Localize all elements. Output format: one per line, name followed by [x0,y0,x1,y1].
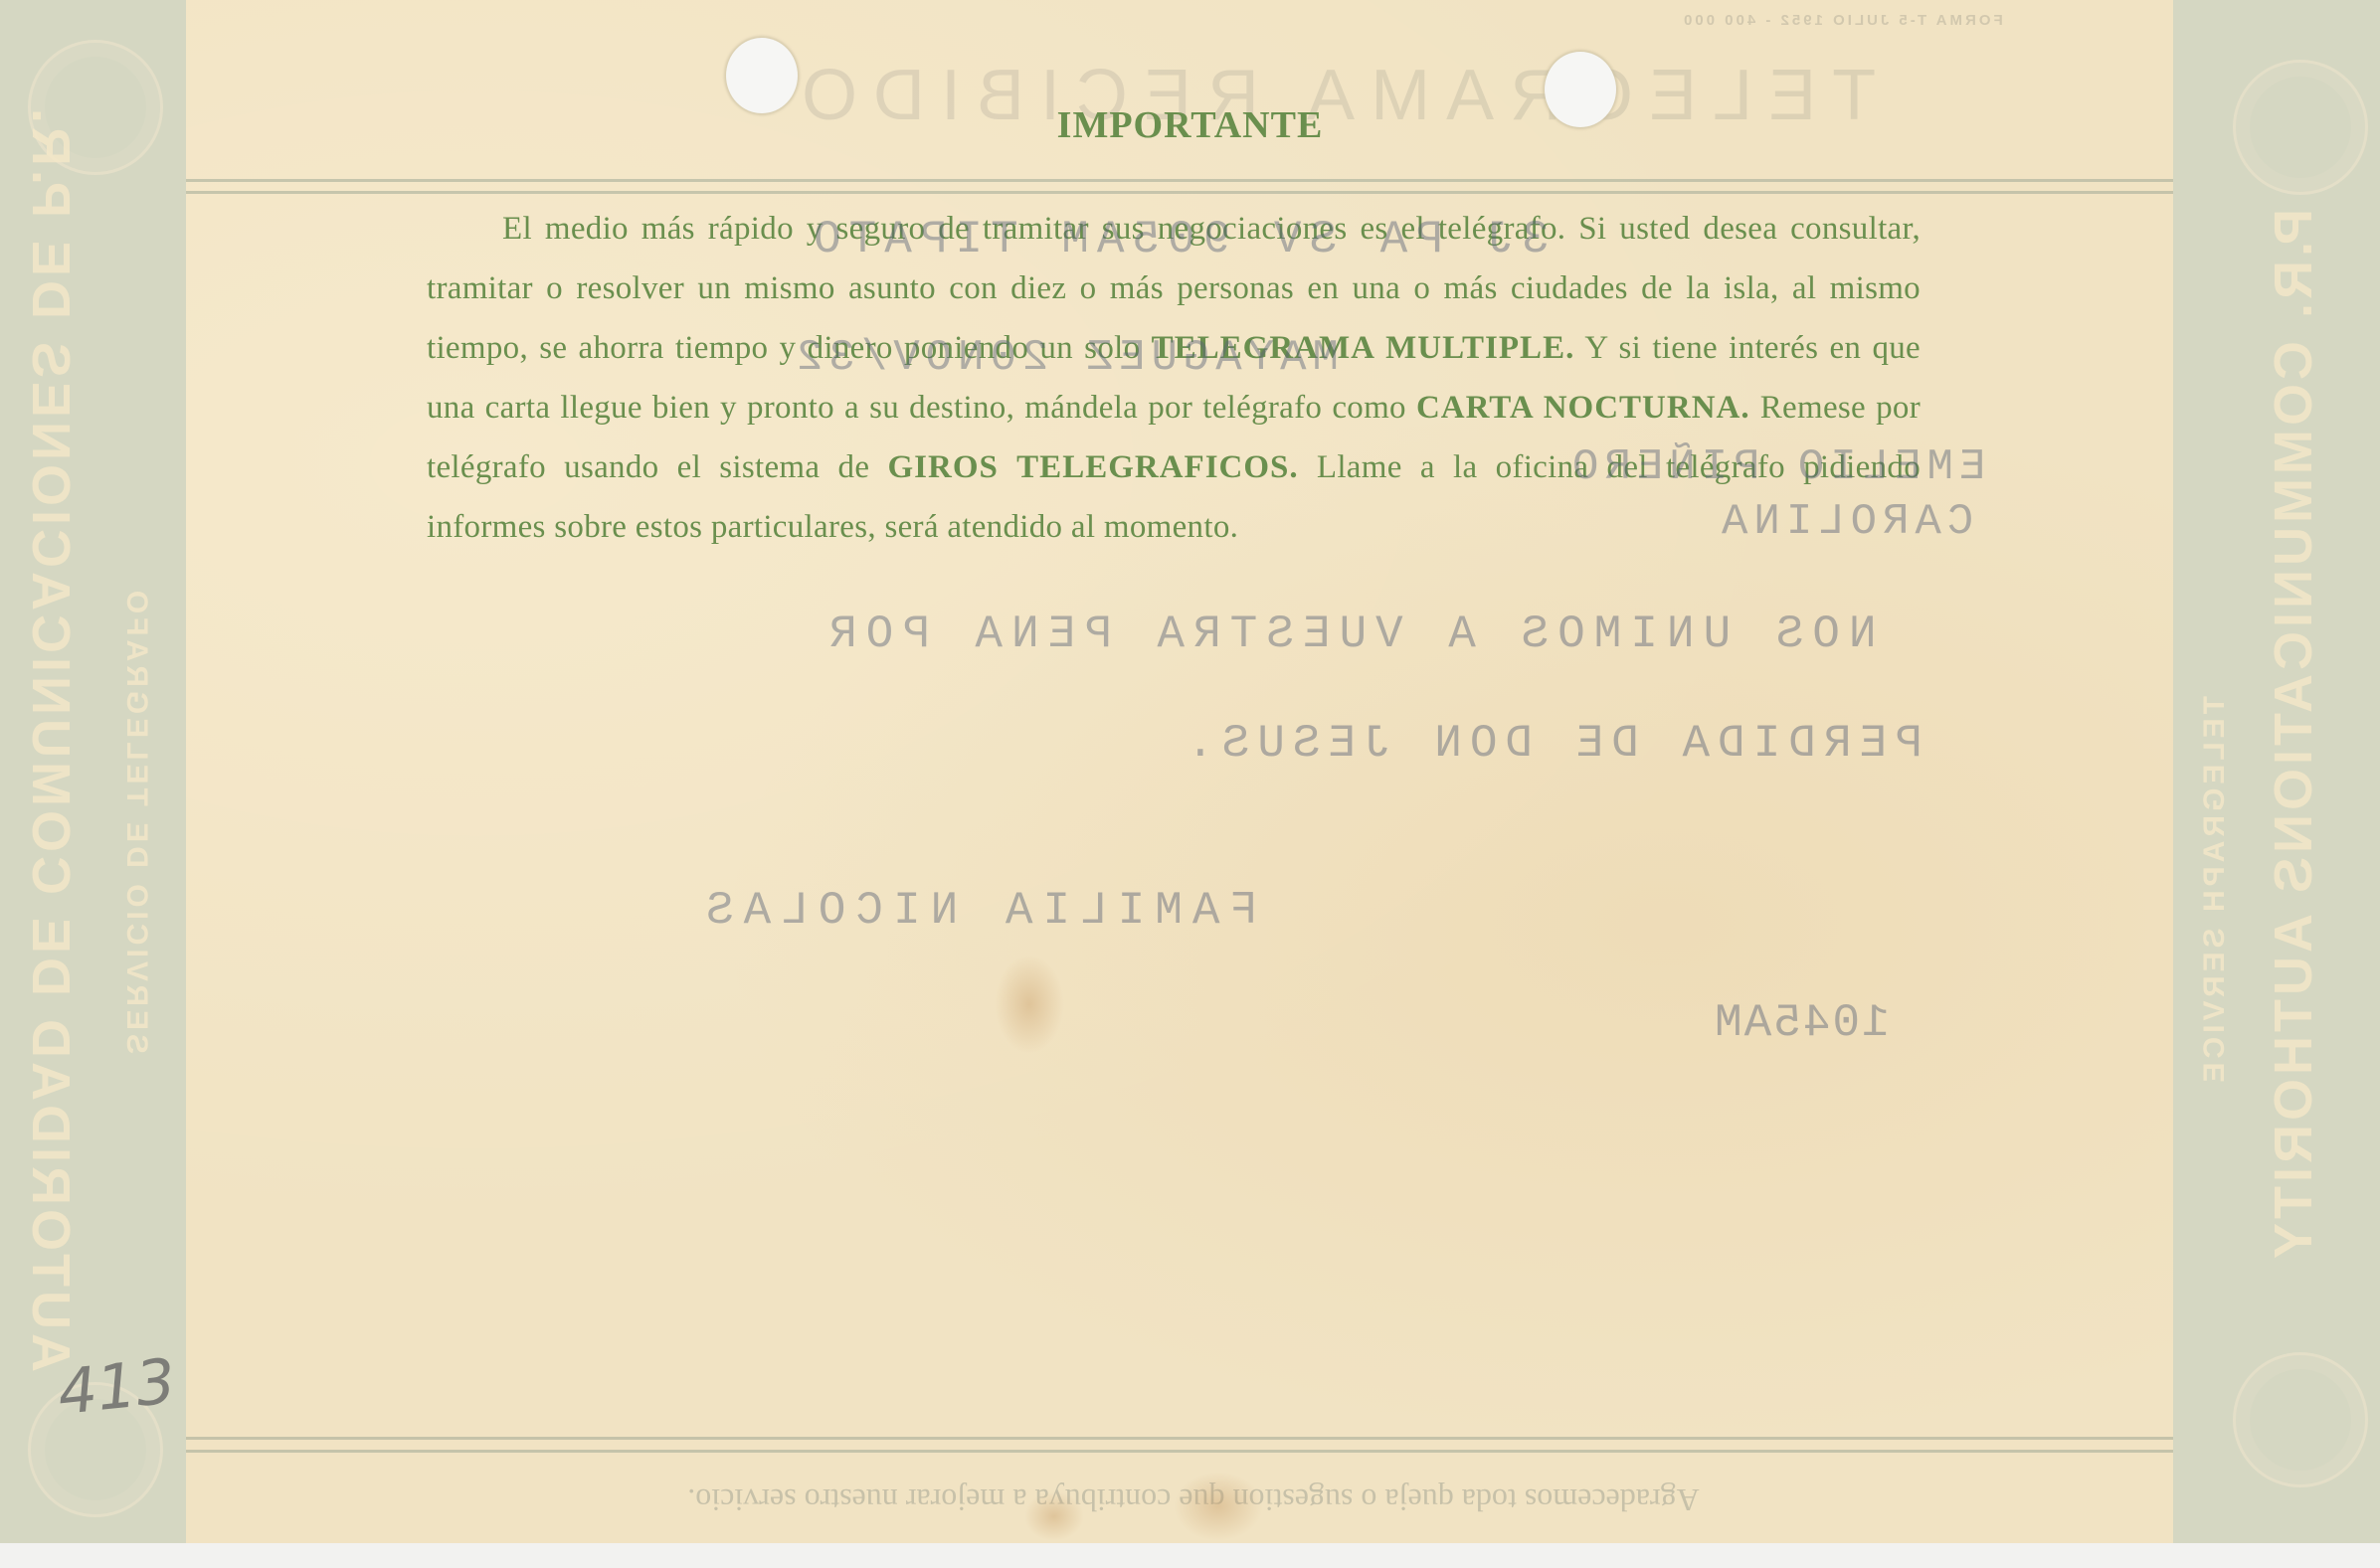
punch-hole [726,38,798,113]
stain-mark [1174,1472,1263,1541]
bleed-stamp-city: CAROLINA [1716,497,1973,547]
bleed-stamp-message-line1: NOS UNIMOS A VUESTRA PENA POR [821,609,1877,660]
bleed-stamp-message-line2: PERDIDA DE DON JESUS. [1179,718,1922,770]
bottom-rule-line [186,1450,2173,1453]
bleed-stamp-time: 1045AM [1713,997,1890,1049]
stain-mark [1024,1491,1084,1541]
bleed-stamp-header: 3J PA SV 905AM TIPATO [806,214,1550,265]
important-heading: IMPORTANTE [0,103,2380,147]
carta-nocturna-emphasis: CARTA NOCTURNA. [1416,390,1750,426]
left-band-title: AUTORIDAD DE COMUNICACIONES DE P.R. [20,179,82,1372]
bleed-stamp-origin-date: MAYAGUEZ 20NOV/32 [791,333,1339,383]
right-band-title: P.R. COMMUNICATIONS AUTHORITY [2263,209,2324,1352]
bottom-rule-line [186,1437,2173,1440]
telegram-back-sheet: AUTORIDAD DE COMUNICACIONES DE P.R. SERV… [0,0,2380,1543]
top-rule-line [186,191,2173,194]
bleed-stamp-recipient: EMELIO PIÑERO [1566,442,1985,492]
top-rule-line [186,179,2173,182]
left-band-subtitle: SERVICIO DE TELEGRAFO [119,597,153,1054]
stain-mark [995,955,1064,1054]
right-band-subtitle: TELEGRAPH SERVICE [2198,696,2232,1114]
form-code-bleed: FORMA T-5 JULIO 1952 - 400 000 [1681,12,2003,29]
handwritten-number: 413 [55,1344,179,1429]
giros-telegraficos-emphasis: GIROS TELEGRAFICOS. [888,449,1299,485]
seal-emblem-icon [2233,1352,2368,1487]
right-margin-band: P.R. COMMUNICATIONS AUTHORITY TELEGRAPH … [2173,0,2380,1543]
left-margin-band: AUTORIDAD DE COMUNICACIONES DE P.R. SERV… [0,0,186,1543]
bleed-stamp-signature: FAMILIA NICOLAS [696,885,1257,937]
